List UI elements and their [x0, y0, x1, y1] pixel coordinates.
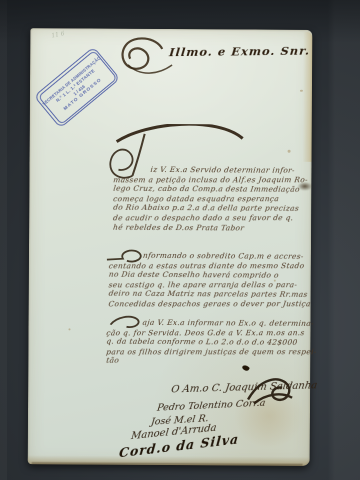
- manuscript-paper: 11 6 SECRETARIA DE ADMINISTRAÇÃO N.º 1 L…: [28, 28, 313, 466]
- stamp-line-1: SECRETARIA DE ADMINISTRAÇÃO: [41, 55, 101, 106]
- handwritten-line: do Rio Abaixo p.a 2.a d.a della parte pr…: [113, 203, 309, 214]
- handwritten-line: nformando o sobredito Cap.m e accres-: [108, 251, 311, 262]
- paragraph-2: nformando o sobredito Cap.m e accres- ce…: [109, 251, 311, 310]
- handwritten-line: q. da tabela conforme o L.o 2.o d.o d.o …: [106, 337, 317, 348]
- paragraph-3: aja V. Ex.a informar no Ex.o q. determin…: [106, 318, 316, 367]
- handwritten-line: Concedidas despachos geraes o dever por …: [108, 299, 311, 309]
- foxing-spot: [288, 150, 291, 153]
- handwritten-line: aja V. Ex.a informar no Ex.o q. determin…: [106, 318, 317, 329]
- photo-background: { "palette": { "background-dark": "#2024…: [0, 0, 360, 480]
- handwritten-line: de acudir o despacho dado a seu favor de…: [113, 213, 309, 223]
- foxing-spot: [300, 90, 303, 92]
- archive-stamp: SECRETARIA DE ADMINISTRAÇÃO N.º 1 L. 1.ª…: [34, 46, 121, 128]
- pencil-note: 11 6: [51, 30, 65, 40]
- handwritten-line: tão: [106, 356, 317, 367]
- paragraph-1: iz V. Ex.a Servido determinar infor- mas…: [113, 165, 308, 233]
- stamp-line-2: N.º 1 L. 1.ª ESTANTE: [55, 68, 96, 103]
- pen-flourish-top-icon: [116, 35, 174, 77]
- foxing-spot: [68, 328, 70, 330]
- deckle-edge: [32, 462, 303, 466]
- handwritten-line: lego Cruz, cabo da Comp.a desta Immediaç…: [113, 184, 309, 195]
- handwritten-line: no Dia deste Conselho haverá comprido o: [108, 270, 311, 281]
- handwritten-line: iz V. Ex.a Servido determinar infor-: [113, 165, 309, 176]
- stamp-line-3: 1 / 416: [72, 84, 86, 96]
- handwritten-line: hé rebeldes de D.os Prata Tabor: [113, 222, 309, 233]
- salutation: Illmo. e Exmo. Snr.: [169, 44, 311, 60]
- stamp-line-4: MATO GROSSO: [63, 77, 103, 111]
